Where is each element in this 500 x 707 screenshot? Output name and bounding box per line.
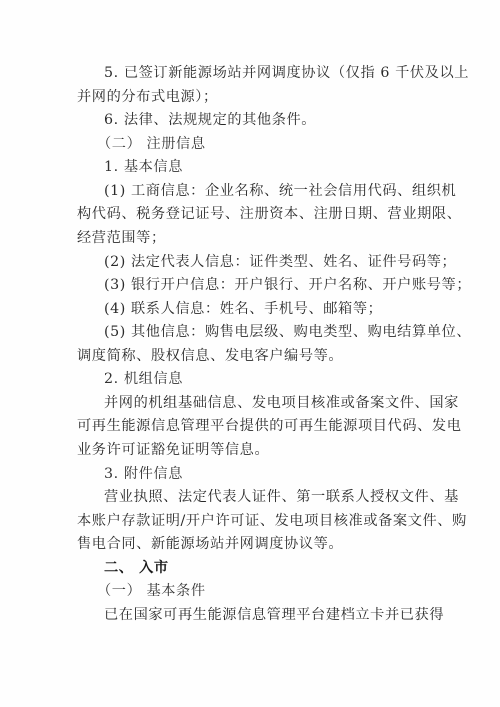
text-line: (3) 银行开户信息：开户银行、开户名称、开户账号等； — [77, 274, 425, 298]
text-line: 5. 已签订新能源场站并网调度协议（仅指 6 千伏及以上 — [77, 62, 425, 86]
text-line: 6. 法律、法规规定的其他条件。 — [77, 109, 425, 133]
text-line: 售电合同、新能源场站并网调度协议等。 — [77, 533, 425, 557]
text-line: （一） 基本条件 — [77, 580, 425, 604]
text-line: 已在国家可再生能源信息管理平台建档立卡并已获得 — [77, 604, 425, 628]
text-line: (2) 法定代表人信息：证件类型、姓名、证件号码等； — [77, 251, 425, 275]
text-line: 经营范围等； — [77, 227, 425, 251]
text-line: 1. 基本信息 — [77, 156, 425, 180]
text-line: (4) 联系人信息：姓名、手机号、邮箱等； — [77, 298, 425, 322]
document-body: 5. 已签订新能源场站并网调度协议（仅指 6 千伏及以上并网的分布式电源）；6.… — [77, 62, 425, 628]
text-line: 二、 入市 — [77, 557, 425, 581]
text-line: 调度简称、股权信息、发电客户编号等。 — [77, 345, 425, 369]
text-line: 2. 机组信息 — [77, 368, 425, 392]
text-line: 并网的机组基础信息、发电项目核准或备案文件、国家 — [77, 392, 425, 416]
text-line: 并网的分布式电源）； — [77, 86, 425, 110]
text-line: (5) 其他信息：购售电层级、购电类型、购电结算单位、 — [77, 321, 425, 345]
text-line: 构代码、税务登记证号、注册资本、注册日期、营业期限、 — [77, 203, 425, 227]
text-line: 营业执照、法定代表人证件、第一联系人授权文件、基 — [77, 486, 425, 510]
text-line: 本账户存款证明/开户许可证、发电项目核准或备案文件、购 — [77, 510, 425, 534]
text-line: (1) 工商信息：企业名称、统一社会信用代码、组织机 — [77, 180, 425, 204]
text-line: 业务许可证豁免证明等信息。 — [77, 439, 425, 463]
text-line: （二） 注册信息 — [77, 133, 425, 157]
text-line: 可再生能源信息管理平台提供的可再生能源项目代码、发电 — [77, 415, 425, 439]
text-line: 3. 附件信息 — [77, 463, 425, 487]
document-page: 5. 已签订新能源场站并网调度协议（仅指 6 千伏及以上并网的分布式电源）；6.… — [0, 0, 500, 707]
